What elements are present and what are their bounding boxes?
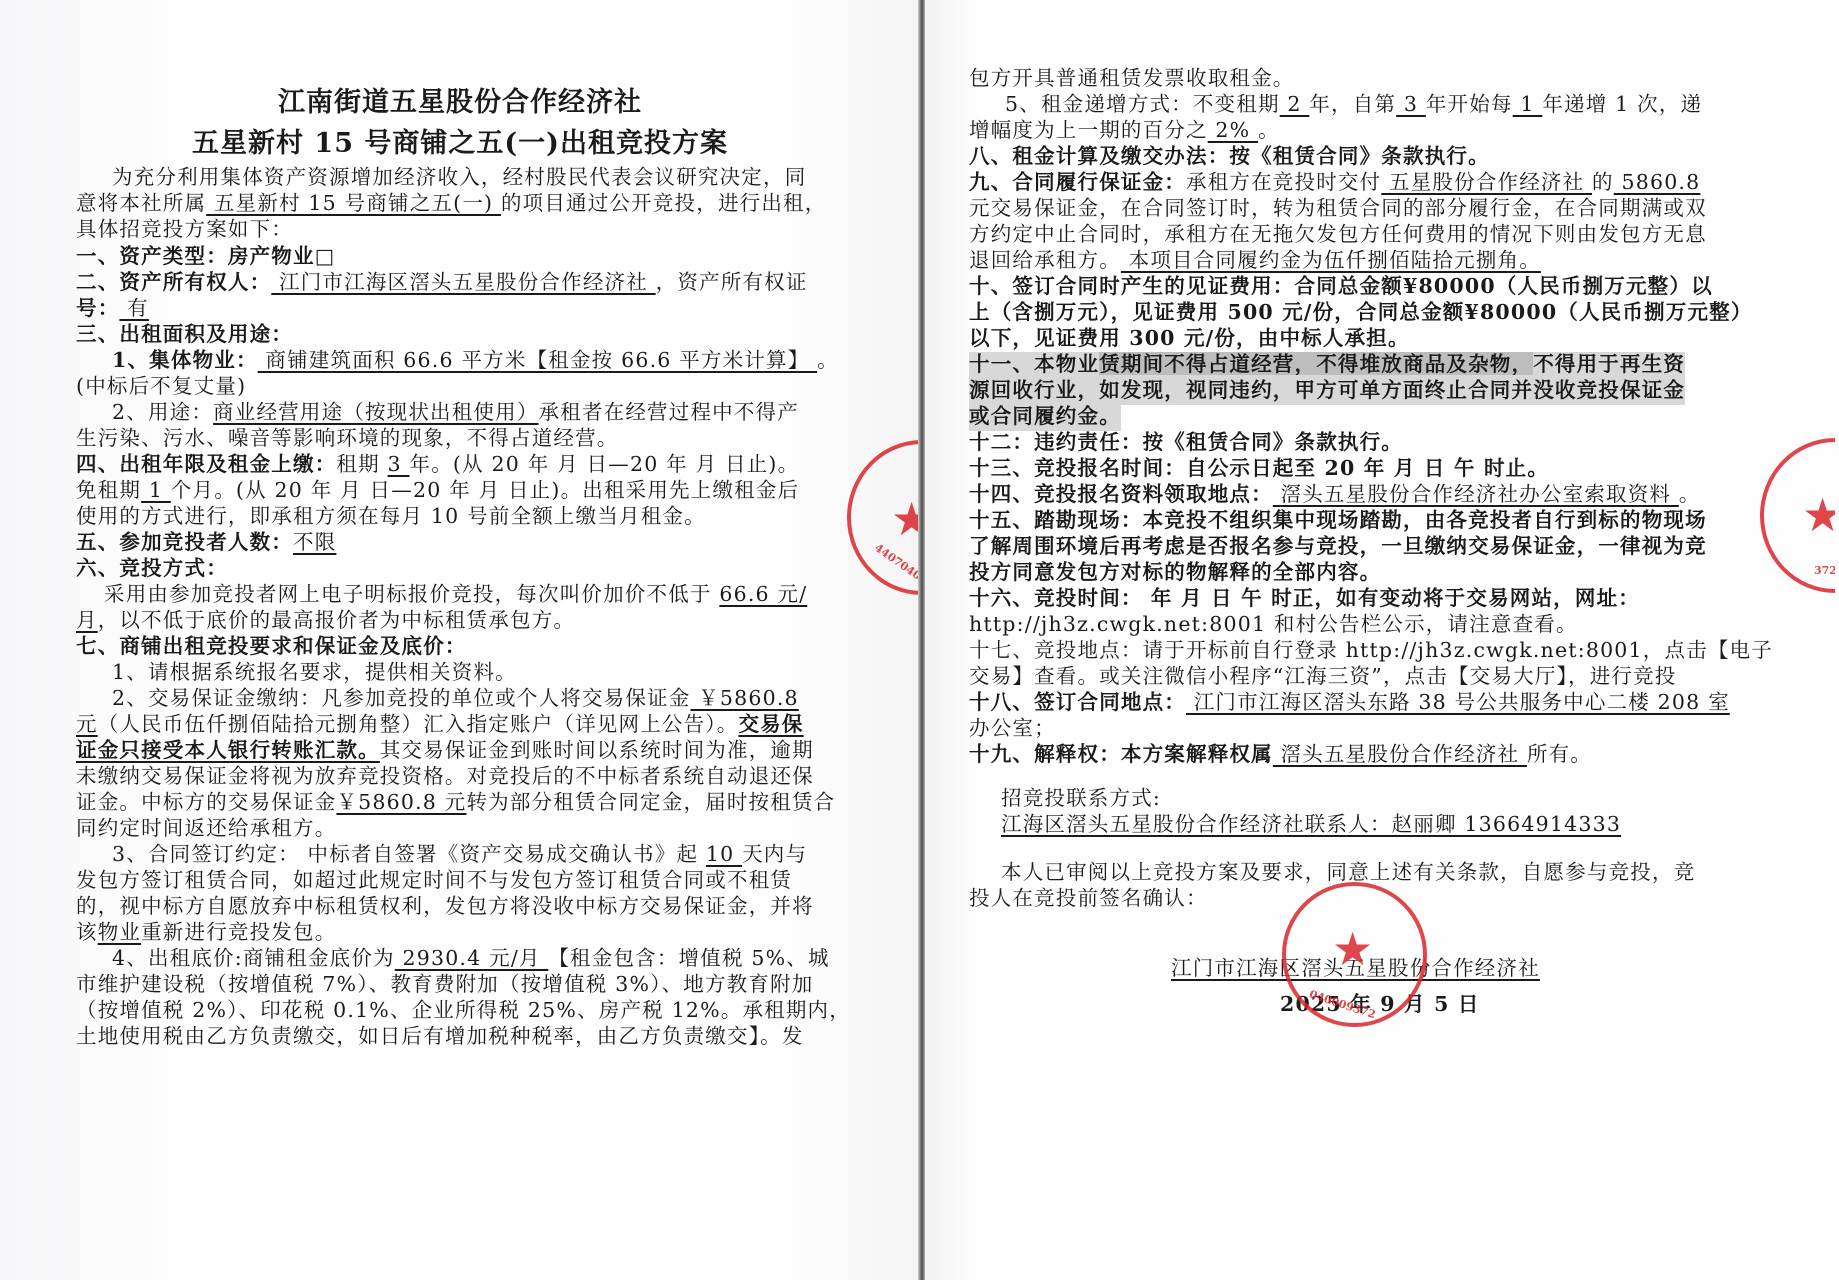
section-18: 十八、签订合同地点： 江门市江海区滘头东路 38 号公共服务中心二楼 208 室 bbox=[969, 687, 1730, 717]
section-7-4-cont3: 土地使用税由乙方负责缴交，如日后有增加税种税率，由乙方负责缴交】。发 bbox=[76, 1021, 804, 1051]
left-page: 江南街道五星股份合作经济社 五星新村 15 号商铺之五(一)出租竞投方案 为充分… bbox=[0, 0, 920, 1280]
section-19: 十九、解释权：本方案解释权属 滘头五星股份合作经济社 所有。 bbox=[969, 739, 1592, 769]
document-title-line1: 江南街道五星股份合作经济社 bbox=[0, 80, 920, 119]
intro-line3: 具体招竞投方案如下： bbox=[76, 214, 293, 244]
official-seal-right-half: ★ 372 bbox=[1760, 438, 1839, 593]
document-title-line2: 五星新村 15 号商铺之五(一)出租竞投方案 bbox=[0, 121, 920, 160]
right-page: 包方开具普通租赁发票收取租金。 5、租金递增方式：不变租期 2 年，自第 3 年… bbox=[925, 0, 1839, 1280]
confirmation-text-cont: 投人在竞投前签名确认： bbox=[969, 883, 1208, 913]
contact-value: 江海区滘头五星股份合作经济社联系人：赵丽卿 13664914333 bbox=[1001, 809, 1621, 839]
seal-code: 372 bbox=[1814, 564, 1837, 577]
seal-code: 040009372 bbox=[1308, 988, 1378, 1022]
seal-star-icon: ★ bbox=[1802, 492, 1839, 538]
seal-star-icon: ★ bbox=[1332, 926, 1373, 972]
section-2: 二、资产所有权人： 江门市江海区滘头五星股份合作经济社 ，资产所有权证 bbox=[76, 267, 808, 297]
official-seal-bottom: ★ 040009372 bbox=[1282, 882, 1427, 1027]
